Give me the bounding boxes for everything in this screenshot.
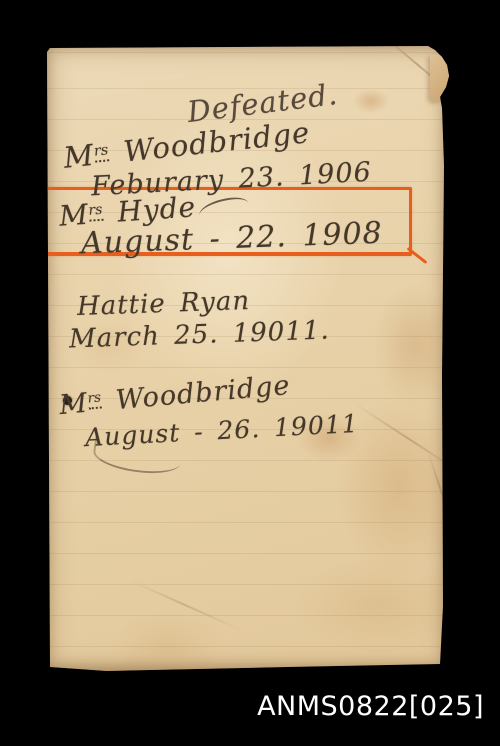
entry-name: Hattie Ryan	[77, 286, 251, 322]
entry-name-prefix: M	[62, 138, 96, 175]
document-page: Defeated. Mrs Woodbridge Feburary 23. 19…	[47, 46, 449, 671]
entry-name-prefix: M	[58, 388, 89, 421]
catalog-number: ANMS0822[025]	[257, 691, 484, 722]
photo-background: Defeated. Mrs Woodbridge Feburary 23. 19…	[0, 0, 500, 746]
torn-corner-fold	[430, 55, 449, 101]
entry-name-superscript: rs	[88, 202, 103, 222]
entry-name-rest: Hattie Ryan	[77, 286, 251, 322]
